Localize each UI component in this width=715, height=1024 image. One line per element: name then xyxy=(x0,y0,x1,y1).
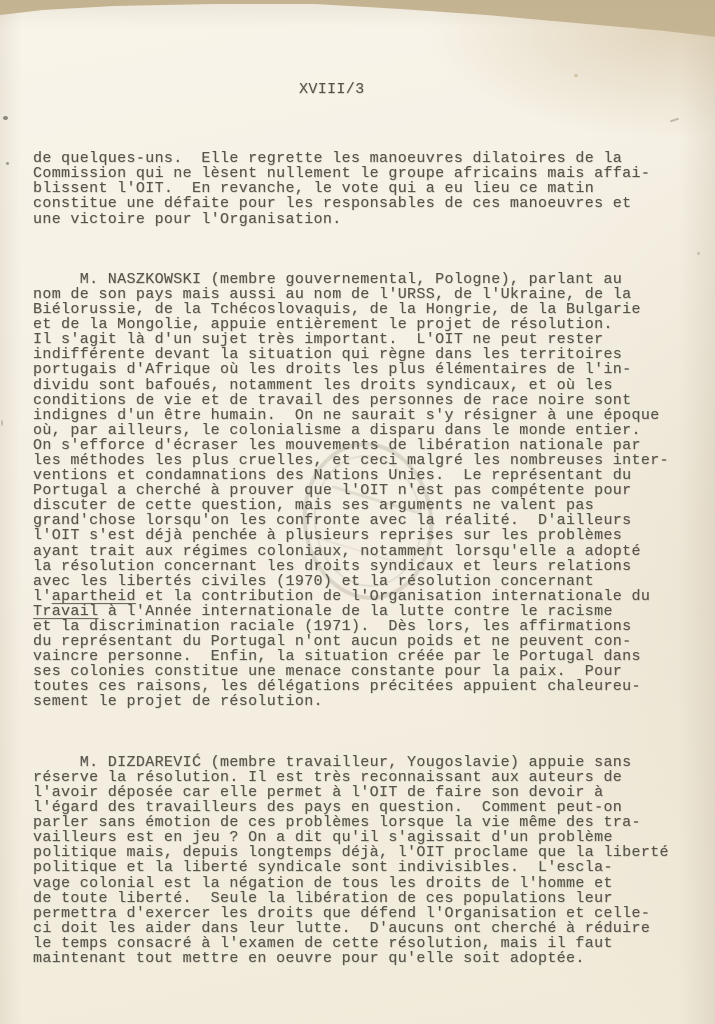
ink-speck xyxy=(1,420,3,426)
page-number: XVIII/3 xyxy=(299,81,364,98)
document-body: de quelques-uns. Elle regrette les manoe… xyxy=(33,121,683,1011)
paper-stain xyxy=(697,252,700,255)
paper-stain xyxy=(574,74,578,77)
paragraph-1: de quelques-uns. Elle regrette les manoe… xyxy=(33,151,683,226)
underlined-term: Travail xyxy=(33,603,98,620)
paper-sheet: XVIII/3 de quelques-uns. Elle regrette l… xyxy=(0,0,715,1024)
paragraph-3-dizdarevic: M. DIZDAREVIĆ (membre travailleur, Yougo… xyxy=(33,755,683,966)
ink-speck xyxy=(6,162,9,165)
ink-speck xyxy=(3,116,8,120)
paragraph-2-naszkowski: M. NASZKOWSKI (membre gouvernemental, Po… xyxy=(33,272,683,710)
scanned-document-screenshot: { "colors": { "scanner_background": "#d2… xyxy=(0,0,715,1024)
